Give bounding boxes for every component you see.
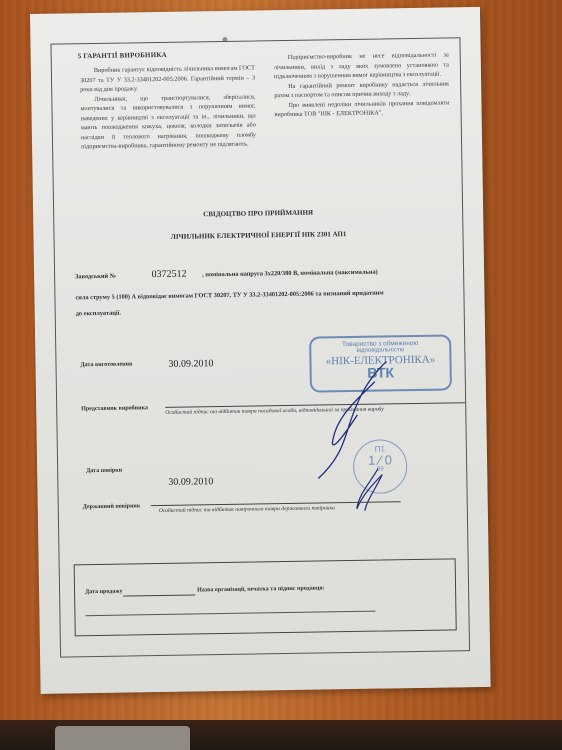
seller-org-field[interactable] [85, 611, 375, 617]
sale-date-label: Дата продажу [85, 589, 123, 596]
sale-info-box: Дата продажу Назва організації, печатка … [74, 558, 457, 636]
manufacture-date-label: Дата виготовлення [80, 361, 132, 368]
product-name: ЛІЧИЛЬНИК ЕЛЕКТРИЧНОЇ ЕНЕРГІЇ НІК 2301 А… [54, 228, 462, 242]
conclusion-text: до експлуатації. [76, 310, 121, 318]
verification-date: 30.09.2010 [168, 476, 213, 488]
manufacturer-rep-label: Представник виробника [81, 405, 148, 412]
state-verifier-caption: Особистий підпис та відбиток повірочного… [159, 505, 335, 514]
warranty-paragraph: Про виявлені недоліки лічильників прохан… [274, 98, 449, 120]
warranty-passport-page: 5 ГАРАНТІЇ ВИРОБНИКА Виробник гарантує в… [30, 7, 491, 694]
voltage-text: , номінальна напруга 3х220/380 В, номіна… [202, 269, 378, 279]
floor-object [55, 726, 190, 750]
seller-org-label: Назва організації, печатка та підпис про… [197, 585, 325, 593]
manufacture-date: 30.09.2010 [168, 358, 213, 370]
warranty-right-column: Підприємство-виробник не несе відповідал… [274, 50, 450, 119]
state-verifier-label: Державний повірник [83, 503, 141, 510]
verification-date-label: Дата повірки [86, 468, 122, 475]
verifier-signature [348, 464, 399, 515]
warranty-paragraph: Підприємство-виробник не несе відповідал… [274, 50, 449, 81]
serial-row: Заводський № 0372512 , номінальна напруг… [75, 266, 378, 282]
warranty-paragraph: Лічильники, що транспортувалися, зберіга… [80, 92, 256, 152]
page-frame: 5 ГАРАНТІЇ ВИРОБНИКА Виробник гарантує в… [50, 37, 470, 657]
serial-label: Заводський № [75, 273, 116, 281]
warranty-section-title: 5 ГАРАНТІЇ ВИРОБНИКА [78, 51, 167, 60]
serial-number: 0372512 [152, 269, 187, 281]
warranty-left-column: Виробник гарантує відповідність лічильни… [80, 63, 256, 151]
certificate-title: СВІДОЦТВО ПРО ПРИЙМАННЯ [54, 206, 462, 220]
floor-shadow [0, 720, 562, 750]
current-text: сила струму 5 (100) А відповідає вимогам… [75, 289, 383, 301]
sale-date-field[interactable] [123, 594, 195, 596]
warranty-paragraph: Виробник гарантує відповідність лічильни… [80, 63, 255, 94]
